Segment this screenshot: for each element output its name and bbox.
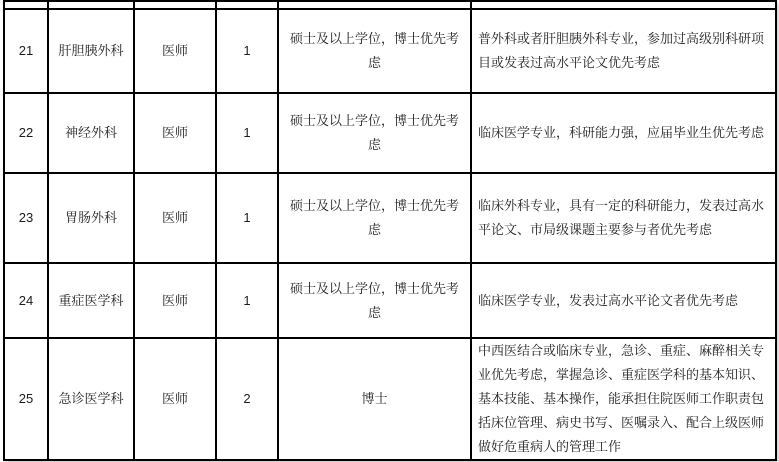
page: 21 肝胆胰外科 医师 1 硕士及以上学位，博士优先考虑 普外科或者肝胆胰外科专…: [0, 0, 779, 462]
cell-seq: 25: [4, 338, 48, 460]
cell-empty: [48, 1, 134, 9]
cell-count: 1: [216, 93, 278, 173]
cell-position: 医师: [134, 173, 216, 263]
cell-education: 博士: [278, 338, 471, 460]
cell-empty: [471, 1, 776, 9]
cell-education: 硕士及以上学位，博士优先考虑: [278, 263, 471, 338]
cell-seq: 21: [4, 9, 48, 93]
cell-seq: 23: [4, 173, 48, 263]
cell-count: 1: [216, 263, 278, 338]
cell-department: 重症医学科: [48, 263, 134, 338]
cell-empty: [278, 1, 471, 9]
cell-education: 硕士及以上学位，博士优先考虑: [278, 93, 471, 173]
cell-seq: 22: [4, 93, 48, 173]
table-row: 22 神经外科 医师 1 硕士及以上学位，博士优先考虑 临床医学专业，科研能力强…: [4, 93, 776, 173]
cell-empty: [4, 1, 48, 9]
cell-education: 硕士及以上学位，博士优先考虑: [278, 9, 471, 93]
cell-department: 肝胆胰外科: [48, 9, 134, 93]
cell-requirements: 中西医结合或临床专业，急诊、重症、麻醉相关专业优先考虑，掌握急诊、重症医学科的基…: [471, 338, 776, 460]
cell-requirements: 临床医学专业，科研能力强，应届毕业生优先考虑: [471, 93, 776, 173]
cell-position: 医师: [134, 9, 216, 93]
cell-requirements: 普外科或者肝胆胰外科专业，参加过高级别科研项目或发表过高水平论文优先考虑: [471, 9, 776, 93]
cell-count: 2: [216, 338, 278, 460]
cell-count: 1: [216, 173, 278, 263]
cell-seq: 24: [4, 263, 48, 338]
cell-department: 急诊医学科: [48, 338, 134, 460]
recruitment-table: 21 肝胆胰外科 医师 1 硕士及以上学位，博士优先考虑 普外科或者肝胆胰外科专…: [3, 0, 777, 461]
table-row: 25 急诊医学科 医师 2 博士 中西医结合或临床专业，急诊、重症、麻醉相关专业…: [4, 338, 776, 460]
table-row: 21 肝胆胰外科 医师 1 硕士及以上学位，博士优先考虑 普外科或者肝胆胰外科专…: [4, 9, 776, 93]
table-row: 23 胃肠外科 医师 1 硕士及以上学位，博士优先考虑 临床外科专业，具有一定的…: [4, 173, 776, 263]
cell-count: 1: [216, 9, 278, 93]
cell-department: 胃肠外科: [48, 173, 134, 263]
cell-requirements: 临床医学专业，发表过高水平论文者优先考虑: [471, 263, 776, 338]
cell-department: 神经外科: [48, 93, 134, 173]
table-row-partial: [4, 1, 776, 9]
cell-education: 硕士及以上学位，博士优先考虑: [278, 173, 471, 263]
cell-empty: [216, 1, 278, 9]
cell-empty: [134, 1, 216, 9]
table-row: 24 重症医学科 医师 1 硕士及以上学位，博士优先考虑 临床医学专业，发表过高…: [4, 263, 776, 338]
cell-position: 医师: [134, 263, 216, 338]
cell-requirements: 临床外科专业，具有一定的科研能力，发表过高水平论文、市局级课题主要参与者优先考虑: [471, 173, 776, 263]
cell-position: 医师: [134, 93, 216, 173]
cell-position: 医师: [134, 338, 216, 460]
